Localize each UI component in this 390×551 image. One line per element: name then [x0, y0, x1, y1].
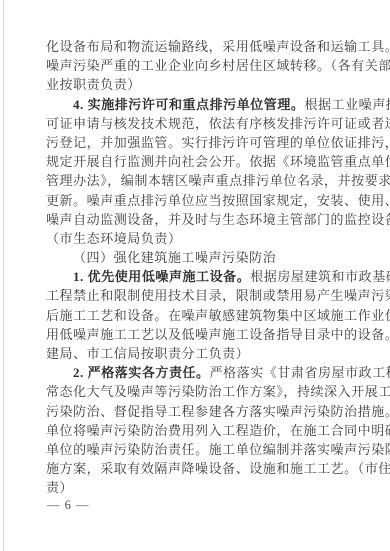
scan-edge-line: [3, 0, 4, 551]
text-run: 规定开展自行监测并向社会公开。依据《环境监管重点单位名录: [46, 154, 390, 169]
text-line: 更新。噪声重点排污单位应当按照国家规定，安装、使用、维护: [46, 191, 348, 210]
page-number: — 6 —: [47, 496, 90, 514]
text-run: 单位将噪声污染防治费用列入工程造价，在施工合同中明确施工: [46, 423, 390, 438]
document-page: 化设备布局和物流运输路线，采用低噪声设备和运输工具。严控噪声污染严重的工业企业向…: [0, 0, 390, 551]
text-line: 建局、市工信局按职责分工负责）: [46, 344, 348, 363]
text-run: 可证申请与核发技术规范，依法有序核发排污许可证或者进行排: [46, 116, 390, 131]
text-line: 单位的噪声污染防治责任。施工单位编制并落实噪声污染防治实: [46, 440, 348, 459]
text-run: （市生态环境局负责）: [46, 231, 182, 246]
text-line: 1. 优先使用低噪声施工设备。根据房屋建筑和市政基础设施: [46, 267, 348, 286]
text-run: 后施工工艺和设备。在噪声敏感建筑物集中区域施工作业优先使: [46, 308, 390, 323]
text-line: 后施工工艺和设备。在噪声敏感建筑物集中区域施工作业优先使: [46, 306, 348, 325]
text-line: 污染防治、督促指导工程参建各方落实噪声污染防治措施。建设: [46, 402, 348, 421]
text-run: 严格落实《甘肃省房屋市政工程工地: [210, 365, 390, 380]
text-run: 噪声自动监测设备，并及时与生态环境主管部门的监控设备联网。: [46, 212, 390, 227]
text-line: 4. 实施排污许可和重点排污单位管理。根据工业噪声排污许: [46, 95, 348, 114]
text-run: 单位的噪声污染防治责任。施工单位编制并落实噪声污染防治实: [46, 442, 390, 457]
text-run: 工程禁止和限制使用技术目录，限制或禁用易产生噪声污染的落: [46, 288, 390, 303]
text-run: 用低噪声施工工艺以及低噪声施工设备指导目录中的设备。（市住: [46, 327, 390, 342]
text-line: 化设备布局和物流运输路线，采用低噪声设备和运输工具。严控: [46, 37, 348, 56]
text-line: 噪声自动监测设备，并及时与生态环境主管部门的监控设备联网。: [46, 210, 348, 229]
text-run: 常态化大气及噪声等污染防治工作方案》，持续深入开展工地噪声: [46, 384, 390, 399]
text-line: 污登记，并加强监管。实行排污许可管理的单位依证排污，按照: [46, 133, 348, 152]
text-run: 根据工业噪声排污许: [304, 97, 390, 112]
text-line: 业按职责负责）: [46, 75, 348, 94]
text-run: 污登记，并加强监管。实行排污许可管理的单位依证排污，按照: [46, 135, 390, 150]
text-line: （四）强化建筑施工噪声污染防治: [46, 248, 348, 267]
text-run: 建局、市工信局按职责分工负责）: [46, 346, 249, 361]
text-line: 可证申请与核发技术规范，依法有序核发排污许可证或者进行排: [46, 114, 348, 133]
text-line: 规定开展自行监测并向社会公开。依据《环境监管重点单位名录: [46, 152, 348, 171]
bold-text-run: 2. 严格落实各方责任。: [73, 365, 210, 380]
text-line: 工程禁止和限制使用技术目录，限制或禁用易产生噪声污染的落: [46, 286, 348, 305]
text-line: 常态化大气及噪声等污染防治工作方案》，持续深入开展工地噪声: [46, 382, 348, 401]
text-line: 责）: [46, 478, 348, 497]
text-run: 根据房屋建筑和市政基础设施: [250, 269, 390, 284]
text-line: 施方案，采取有效隔声降噪设备、设施和施工工艺。（市住建局负: [46, 459, 348, 478]
text-line: 单位将噪声污染防治费用列入工程造价，在施工合同中明确施工: [46, 421, 348, 440]
text-line: （市生态环境局负责）: [46, 229, 348, 248]
text-line: 噪声污染严重的工业企业向乡村居住区域转移。（各有关部门、企: [46, 56, 348, 75]
text-run: 污染防治、督促指导工程参建各方落实噪声污染防治措施。建设: [46, 404, 390, 419]
text-line: 用低噪声施工工艺以及低噪声施工设备指导目录中的设备。（市住: [46, 325, 348, 344]
text-run: 管理办法》，编制本辖区噪声重点排污单位名录，并按要求发布和: [46, 173, 390, 188]
text-run: 责）: [46, 480, 73, 495]
bold-text-run: 1. 优先使用低噪声施工设备。: [73, 269, 250, 284]
text-run: 噪声污染严重的工业企业向乡村居住区域转移。（各有关部门、企: [46, 58, 390, 73]
text-run: （四）强化建筑施工噪声污染防治: [73, 250, 276, 265]
text-run: 化设备布局和物流运输路线，采用低噪声设备和运输工具。严控: [46, 39, 390, 54]
document-body: 化设备布局和物流运输路线，采用低噪声设备和运输工具。严控噪声污染严重的工业企业向…: [46, 37, 348, 498]
bold-text-run: 4. 实施排污许可和重点排污单位管理。: [73, 97, 304, 112]
text-run: 更新。噪声重点排污单位应当按照国家规定，安装、使用、维护: [46, 193, 390, 208]
text-run: 业按职责负责）: [46, 77, 141, 92]
text-line: 管理办法》，编制本辖区噪声重点排污单位名录，并按要求发布和: [46, 171, 348, 190]
text-run: 施方案，采取有效隔声降噪设备、设施和施工工艺。（市住建局负: [46, 461, 390, 476]
text-line: 2. 严格落实各方责任。严格落实《甘肃省房屋市政工程工地: [46, 363, 348, 382]
